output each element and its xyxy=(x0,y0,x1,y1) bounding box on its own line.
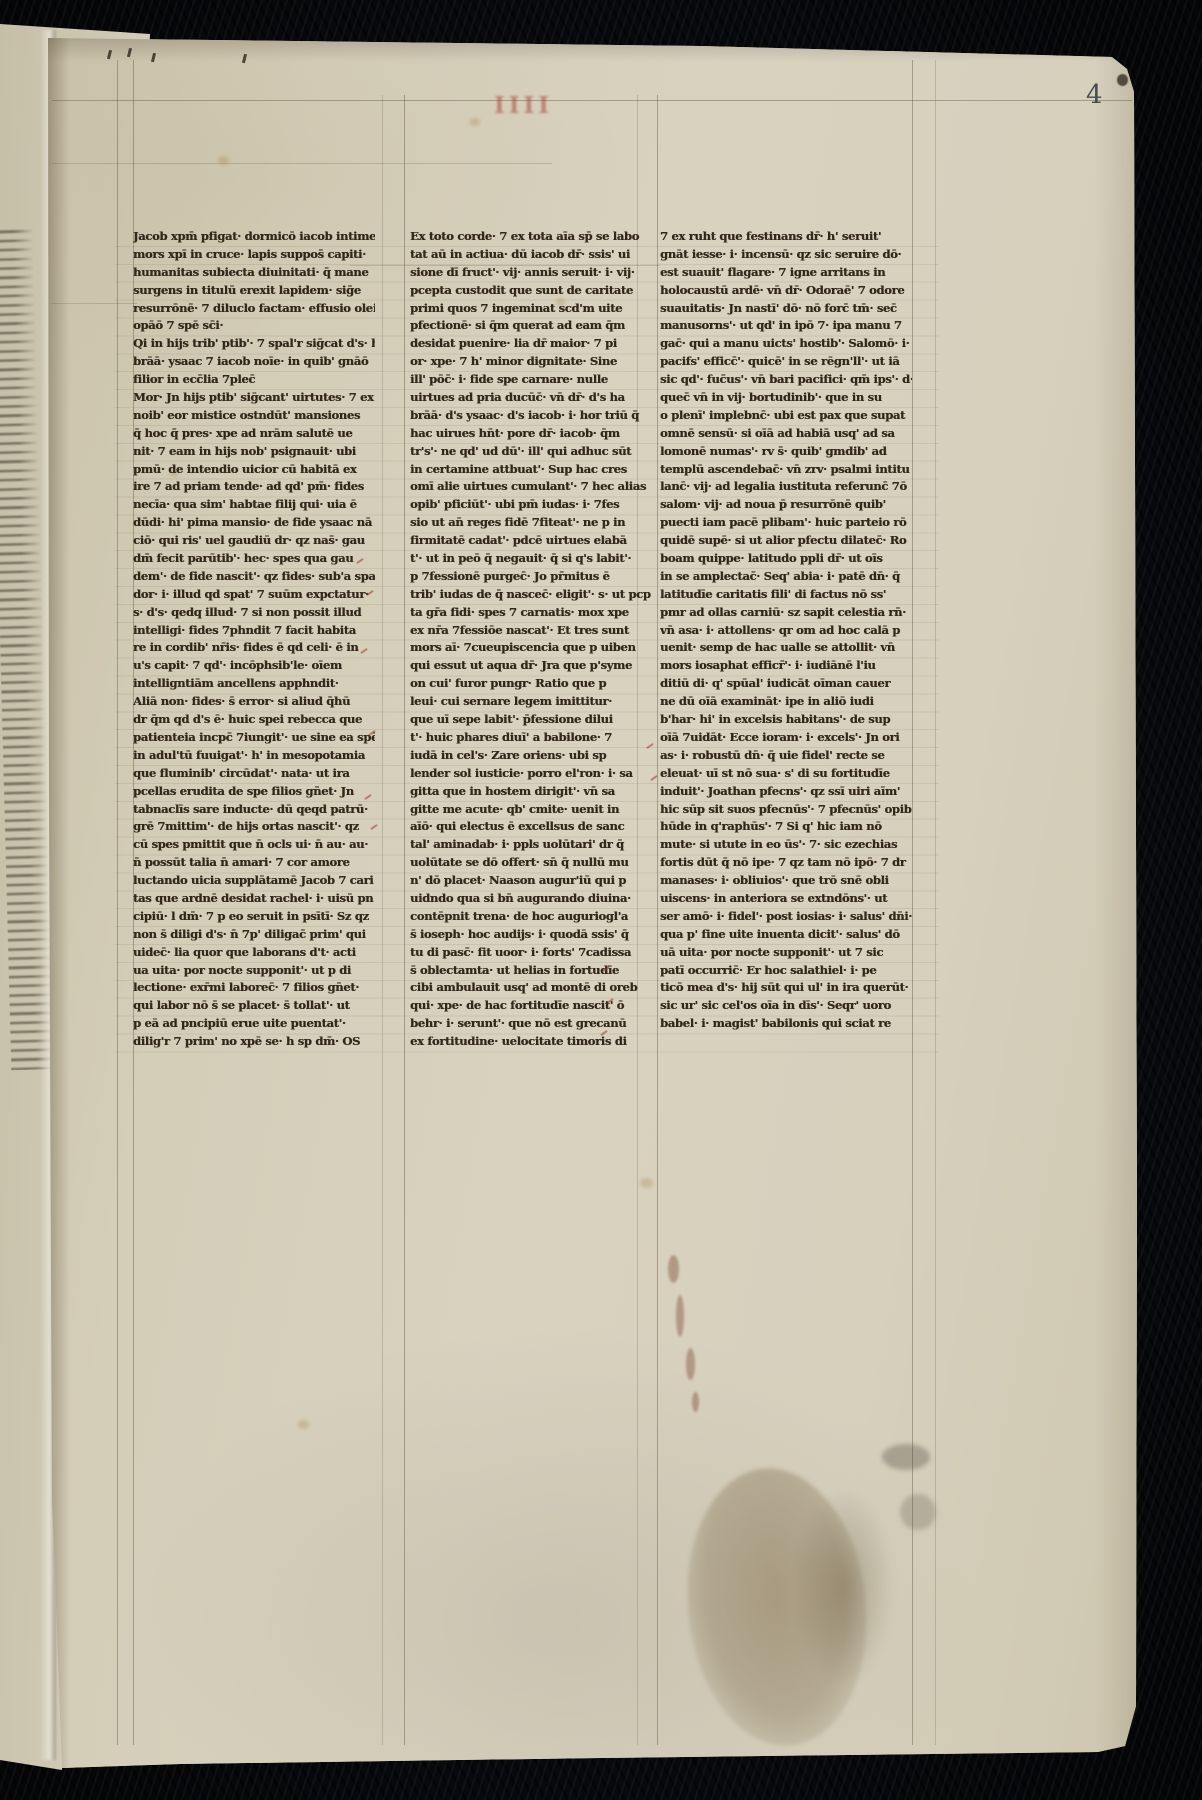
text-line: ditiū di· q' spūal' iudicāt oīman cauer xyxy=(660,675,912,693)
line-text: nit· 7 eam in hijs nob' psignauit· ubi xyxy=(133,443,356,461)
line-text: pmr ad ollas carniū· sz sapit celestia r… xyxy=(660,604,906,622)
text-line: patī occurric̄· Er hoc salathiel· i· pe xyxy=(660,962,912,980)
text-line: quidē supē· si ut alior pfectu dilatec̄·… xyxy=(660,532,912,550)
line-text: opib' pficiūt'· ubi pm̄ iudas· i· 7fes xyxy=(410,496,619,514)
line-text: dilig'r 7 prim' no xpē se· h sp dm̄· OS xyxy=(133,1033,360,1051)
line-text: sione dī fruct'· vij· annis seruit· i· v… xyxy=(410,264,634,282)
line-text: p eā ad pncipiū erue uite puentat'· xyxy=(133,1015,346,1033)
text-line: brāā· ysaac 7 iacob noīe· in quib' gnāō xyxy=(133,353,375,371)
line-text: mute· si utute in eo ūs'· 7· sic ezechia… xyxy=(660,836,897,854)
line-text: opāō 7 spē sc̄i· xyxy=(133,317,223,335)
text-line: ta gr̄a fidi· spes 7 carnatis· mox xpe xyxy=(410,604,652,622)
line-text: u's capit· 7 qd'· incōphsib'le· oīem xyxy=(133,657,342,675)
line-text: eleuat· uī st nō sua· s' di su fortitudī… xyxy=(660,765,890,783)
text-column-3: 7 ex ruht que festinans dr̄· h' seruit' … xyxy=(660,228,912,1058)
line-text: primi quos 7 ingeminat scd'm uite xyxy=(410,300,622,318)
line-text: omī alie uirtues cumulant'· 7 hec alias xyxy=(410,478,646,496)
text-line: qui essut ut aqua dr̄· Jra que p'syme xyxy=(410,657,652,675)
text-line: pmr ad ollas carniū· sz sapit celestia r… xyxy=(660,604,912,622)
text-line: t'· huic phares diuī' a babilone· 7 xyxy=(410,729,652,747)
text-line: b'har· hi' in excelsis habitans'· de sup xyxy=(660,711,912,729)
line-text: est suauit' flagare· 7 igne arritans in xyxy=(660,264,885,282)
line-text: lanc̄· vij· ad legalia iustituta referun… xyxy=(660,478,907,496)
drip-stain xyxy=(686,1348,695,1380)
text-line: ex fortitudine· uelocitate timoris di xyxy=(410,1033,652,1051)
text-line: behr· i· serunt'· que nō est grecanū xyxy=(410,1015,652,1033)
text-line: pacifs' efficc̄'· quicē' in se rēgn'll'·… xyxy=(660,353,912,371)
text-line: gitta que in hostem dirigit'· vn̄ sa xyxy=(410,783,652,801)
line-text: mors aī· 7cueupiscencia que p uiben xyxy=(410,639,636,657)
line-text: sic ur' sic cel'os oīa in dīs'· Seqr' uo… xyxy=(660,997,891,1015)
text-line: n' dō placet· Naason augur'iū qui p xyxy=(410,872,652,890)
text-line: hac uirues hn̄t· pore dr̄· iacob· q̄m xyxy=(410,425,652,443)
line-text: Jacob xpm̄ pfigat· dormicō iacob intime xyxy=(133,228,375,246)
ruling-line xyxy=(52,100,1132,101)
line-text: ua uita· por nocte supponit'· ut p di xyxy=(133,962,351,980)
line-text: Mor· Jn hijs ptib' siḡcant' uirtutes· 7 … xyxy=(133,389,374,407)
text-line: o plenī' implebnc̄· ubi est pax que supa… xyxy=(660,407,912,425)
text-line: que fluminib' circūdat'· nata· ut ira xyxy=(133,765,375,783)
line-text: patienteia incpc̄ 7iungit'· ue sine ea s… xyxy=(133,729,375,747)
text-line: t'· ut in peō q̄ negauit· q̄ si q's labi… xyxy=(410,550,652,568)
gutter-shadow xyxy=(48,36,118,1768)
text-line: surgens in titulū erexit lapidem· siḡe xyxy=(133,282,375,300)
text-line: s̄ ioseph· hoc audijs· i· quodā ssis' q̄ xyxy=(410,926,652,944)
text-line: qui labor nō s̄ se placet· s̄ tollat'· u… xyxy=(133,997,375,1015)
line-text: uiscens· in anteriora se extndōns'· ut xyxy=(660,890,887,908)
text-line: omnē sensū· si oīā ad habiā usq' ad sa xyxy=(660,425,912,443)
text-line: holocaustū ardē· vn̄ dr̄· Odoraē' 7 odor… xyxy=(660,282,912,300)
text-line: mors xpī in cruce· lapis suppos̄ capiti· xyxy=(133,246,375,264)
text-line: opāō 7 spē sc̄i· xyxy=(133,317,375,335)
text-line: uā uita· por nocte supponit'· ut 7 sic xyxy=(660,944,912,962)
text-line: gac̄· qui a manu uicts' hostib'· Salomō·… xyxy=(660,335,912,353)
text-line: uiscens· in anteriora se extndōns'· ut xyxy=(660,890,912,908)
line-text: or· xpe· 7 h' minor dignitate· Sine xyxy=(410,353,617,371)
line-text: uirtues ad pria ducūc̄· vn̄ dr̄· d's ha xyxy=(410,389,625,407)
line-text: desidat puenire· lia dr̄ maior· 7 pi xyxy=(410,335,617,353)
line-text: dor· i· illud qd spat' 7 suūm expctatur· xyxy=(133,586,369,604)
line-text: tu di pasc̄· fit uoor· i· forts' 7cadiss… xyxy=(410,944,631,962)
line-text: lender sol iusticie· porro el'ron· i· sa xyxy=(410,765,633,783)
line-text: templū ascendebac̄· vn̄ zrv· psalmi inti… xyxy=(660,461,909,479)
text-line: lender sol iusticie· porro el'ron· i· sa xyxy=(410,765,652,783)
line-text: iudā in cel's· Zare oriens· ubi sp xyxy=(410,747,606,765)
line-text: dr q̄m qd d's ē· huic spei rebecca que xyxy=(133,711,362,729)
line-text: tr's'· ne qd' ud dū'· ill' qui adhuc sūt xyxy=(410,443,631,461)
line-text: cipiū· l dm̄· 7 p eo seruit in psītī· Sz… xyxy=(133,908,369,926)
text-line: CMor· Jn hijs ptib' siḡcant' uirtutes· 7… xyxy=(133,389,375,407)
line-text: sic qd'· fuc̄us'· vn̄ bari pacifici· qm̄… xyxy=(660,371,912,389)
line-text: uidndo qua si bn̄ augurando diuina· xyxy=(410,890,631,908)
text-line: dr q̄m qd d's ē· huic spei rebecca que xyxy=(133,711,375,729)
text-line: on cui' furor pungr· Ratio que p xyxy=(410,675,652,693)
line-text: mors xpī in cruce· lapis suppos̄ capiti· xyxy=(133,246,366,264)
line-text: s· d's· qedq illud· 7 si non possit illu… xyxy=(133,604,361,622)
line-text: n̄ possūt talia n̄ amari· 7 cor amore xyxy=(133,854,350,872)
text-line: ticō mea d's· hij sūt qui ul' in ira que… xyxy=(660,979,912,997)
text-line: cū spes pmittit que n̄ ocls ui· n̄ au· a… xyxy=(133,836,375,854)
text-line: luctando uicia supplātamē Jacob 7 cari xyxy=(133,872,375,890)
line-text: que fluminib' circūdat'· nata· ut ira xyxy=(133,765,349,783)
text-line: induit'· Joathan pfecns'· qz ssī uiri aī… xyxy=(660,783,912,801)
text-line: gnāt iesse· i· incensū· qz sic seruire d… xyxy=(660,246,912,264)
line-text: patī occurric̄· Er hoc salathiel· i· pe xyxy=(660,962,876,980)
text-line: u's capit· 7 qd'· incōphsib'le· oīem xyxy=(133,657,375,675)
text-line: dm̄ fecit parūtib'· hec· spes qua gau xyxy=(133,550,375,568)
text-line: vn̄ asa· i· attollens· qr om ad hoc calā… xyxy=(660,622,912,640)
text-line: lomonē numas'· rv s̄· quib' gmdib' ad xyxy=(660,443,912,461)
line-text: uā uita· por nocte supponit'· ut 7 sic xyxy=(660,944,883,962)
line-text: boam quippe· latitudo ppli dr̄· ut oīs xyxy=(660,550,882,568)
line-text: induit'· Joathan pfecns'· qz ssī uiri aī… xyxy=(660,783,900,801)
text-line: qui· xpe· de hac fortitudīe nascit' ō xyxy=(410,997,652,1015)
line-text: grē 7mittim'· de hijs ortas nascit'· qz xyxy=(133,818,359,836)
text-line: mors aī· 7cueupiscencia que p uiben xyxy=(410,639,652,657)
line-text: suauitatis· Jn nastī' dō· nō forc̄ tm̄· … xyxy=(660,300,897,318)
text-line: resurrōnē· 7 diluclo factam· effusio ole… xyxy=(133,300,375,318)
text-line: intelligi· fides 7phndit 7 facit habita xyxy=(133,622,375,640)
text-line: oīā 7uidāt· Ecce ioram· i· excels'· Jn o… xyxy=(660,729,912,747)
text-line: pcepta custodit que sunt de caritate xyxy=(410,282,652,300)
line-text: dem'· de fide nascit'· qz fides· sub'a s… xyxy=(133,568,375,586)
line-text: brāā· d's ysaac· d's iacob· i· hor triū … xyxy=(410,407,639,425)
line-text: Aliā non· fides· s̄ error· si aliud q̄hū xyxy=(133,693,350,711)
text-line: necīa· qua sim' habtae filij qui· uia ē xyxy=(133,496,375,514)
line-text: ne dū oīā examināt· ipe in aliō iudi xyxy=(660,693,874,711)
text-line: que uī sepe labit'· p̄fessione dilui xyxy=(410,711,652,729)
text-line: in se amplectac̄· Seq' abia· i· patē dn̄… xyxy=(660,568,912,586)
line-text: quidē supē· si ut alior pfectu dilatec̄·… xyxy=(660,532,906,550)
line-text: manases· i· obliuios'· que trō snē obli xyxy=(660,872,889,890)
line-text: gitte me acute· qb' cmite· uenit in xyxy=(410,801,619,819)
text-line: uidndo qua si bn̄ augurando diuina· xyxy=(410,890,652,908)
text-line: humanitas subiecta diuinitati· q̄ mane xyxy=(133,264,375,282)
text-line: iudā in cel's· Zare oriens· ubi sp xyxy=(410,747,652,765)
text-line: as· i· robustū dn̄· q̄ uie fidel' recte … xyxy=(660,747,912,765)
line-text: qui· xpe· de hac fortitudīe nascit' ō xyxy=(410,997,624,1015)
text-line: mute· si utute in eo ūs'· 7· sic ezechia… xyxy=(660,836,912,854)
text-line: leui· cui sernare legem imittitur· xyxy=(410,693,652,711)
smudge xyxy=(882,1444,930,1470)
line-text: dūdi· hi' pima mansio· de fide ysaac nā xyxy=(133,514,372,532)
text-line: manusorns'· ut qd' in ipō 7· ipa manu 7 xyxy=(660,317,912,335)
text-line: intelligntiām ancellens apphndit· xyxy=(133,675,375,693)
line-text: qui essut ut aqua dr̄· Jra que p'syme xyxy=(410,657,632,675)
text-line: sic ur' sic cel'os oīa in dīs'· Seqr' uo… xyxy=(660,997,912,1015)
line-text: puecti iam pacē plibam'· huic parteio rō xyxy=(660,514,906,532)
text-line: pmū· de intendio uicior cū habitā ex xyxy=(133,461,375,479)
line-text: on cui' furor pungr· Ratio que p xyxy=(410,675,606,693)
text-line: contēpnit trena· de hoc auguriogl'a xyxy=(410,908,652,926)
line-text: leui· cui sernare legem imittitur· xyxy=(410,693,612,711)
line-text: gnāt iesse· i· incensū· qz sic seruire d… xyxy=(660,246,901,264)
text-line: omī alie uirtues cumulant'· 7 hec alias xyxy=(410,478,652,496)
line-text: salom· vij· ad noua p̄ resurrōnē quib' xyxy=(660,496,886,514)
line-text: s̄ ioseph· hoc audijs· i· quodā ssis' q̄ xyxy=(410,926,629,944)
line-text: hūde in q'raphūs'· 7 Si q' hic iam nō xyxy=(660,818,882,836)
line-text: oīā 7uidāt· Ecce ioram· i· excels'· Jn o… xyxy=(660,729,899,747)
line-text: sio ut an̄ reges fidē 7fiteat'· ne p in xyxy=(410,514,625,532)
line-text: babel· i· magist' babilonis qui sciat re xyxy=(660,1015,891,1033)
running-title: IIII xyxy=(494,92,553,119)
text-line: eleuat· uī st nō sua· s' di su fortitudī… xyxy=(660,765,912,783)
folio-number: 4 xyxy=(1086,80,1103,110)
text-line: or· xpe· 7 h' minor dignitate· Sine xyxy=(410,353,652,371)
line-text: cibi ambulauit usq' ad montē di oreb xyxy=(410,979,637,997)
line-text: surgens in titulū erexit lapidem· siḡe xyxy=(133,282,361,300)
line-text: vn̄ asa· i· attollens· qr om ad hoc calā… xyxy=(660,622,900,640)
line-text: hac uirues hn̄t· pore dr̄· iacob· q̄m xyxy=(410,425,620,443)
text-line: hūde in q'raphūs'· 7 Si q' hic iam nō xyxy=(660,818,912,836)
line-text: manusorns'· ut qd' in ipō 7· ipa manu 7 xyxy=(660,317,902,335)
text-line: p 7fessionē purgec̄· Jo pr̄mitus ē xyxy=(410,568,652,586)
text-line: desidat puenire· lia dr̄ maior· 7 pi xyxy=(410,335,652,353)
line-text: necīa· qua sim' habtae filij qui· uia ē xyxy=(133,496,357,514)
line-text: s̄ oblectamta· ut helias in fortudīe xyxy=(410,962,619,980)
corner-spot xyxy=(1117,74,1128,86)
text-line: Ex toto corde· 7 ex tota aīa sp̄ se labo xyxy=(410,228,652,246)
line-text: t'· huic phares diuī' a babilone· 7 xyxy=(410,729,612,747)
line-text: ire 7 ad priam tende· ad qd' pm̄· fides xyxy=(133,478,364,496)
text-line: trib' iudas de q̄ nascec̄· eligit'· s· u… xyxy=(410,586,652,604)
line-text: ex nr̄a 7fessiōe nascat'· Et tres sunt xyxy=(410,622,629,640)
text-line: latitudīe caritatis fili' di factus nō s… xyxy=(660,586,912,604)
line-text: ciō· qui ris' uel gaudiū dr· qz nas̄· ga… xyxy=(133,532,365,550)
text-line: opib' pficiūt'· ubi pm̄ iudas· i· 7fes xyxy=(410,496,652,514)
text-line: quec̄ vn̄ in vij· bortudinib'· que in su xyxy=(660,389,912,407)
text-line: sione dī fruct'· vij· annis seruit· i· v… xyxy=(410,264,652,282)
ruling-line xyxy=(52,163,552,164)
text-line: firmitatē cadat'· pdcē uirtues elabā xyxy=(410,532,652,550)
line-text: re in cordib' nr̄is· fides ē qd celi· ē … xyxy=(133,639,358,657)
text-line: pcellas erudita de spe filios gn̄et· Jn xyxy=(133,783,375,801)
text-line: 7 ex ruht que festinans dr̄· h' seruit' xyxy=(660,228,912,246)
line-text: in se amplectac̄· Seq' abia· i· patē dn̄… xyxy=(660,568,900,586)
text-line: brāā· d's ysaac· d's iacob· i· hor triū … xyxy=(410,407,652,425)
drip-stain xyxy=(676,1295,684,1337)
line-text: ticō mea d's· hij sūt qui ul' in ira que… xyxy=(660,979,908,997)
text-line: Aliā non· fides· s̄ error· si aliud q̄hū xyxy=(133,693,375,711)
text-line: tabnaclīs sare inducte· dū qeqd patrū· xyxy=(133,801,375,819)
line-text: t'· ut in peō q̄ negauit· q̄ si q's labi… xyxy=(410,550,631,568)
line-text: intelligntiām ancellens apphndit· xyxy=(133,675,338,693)
text-line: tas que ardnē desidat rachel· i· uisū pn xyxy=(133,890,375,908)
line-text: n' dō placet· Naason augur'iū qui p xyxy=(410,872,626,890)
text-line: dor· i· illud qd spat' 7 suūm expctatur· xyxy=(133,586,375,604)
text-line: filior in ecc̄lia 7plec̄ xyxy=(133,371,375,389)
text-line: pfectionē· si q̄m querat ad eam q̄m xyxy=(410,317,652,335)
text-line: manases· i· obliuios'· que trō snē obli xyxy=(660,872,912,890)
line-text: tabnaclīs sare inducte· dū qeqd patrū· xyxy=(133,801,368,819)
line-text: uolūtate se dō offert· sn̄ q̄ nullū mu xyxy=(410,854,628,872)
manuscript-photo: { "page": { "folio_number": "4", "runnin… xyxy=(0,0,1202,1800)
text-line: noib' eor mistice ostndūt' mansiones xyxy=(133,407,375,425)
line-text: in certamine attbuat'· Sup hac cres xyxy=(410,461,627,479)
text-line: mors iosaphat efficr̄'· i· iudiānē l'iu xyxy=(660,657,912,675)
line-text: b'har· hi' in excelsis habitans'· de sup xyxy=(660,711,890,729)
text-line: tu di pasc̄· fit uoor· i· forts' 7cadiss… xyxy=(410,944,652,962)
large-stain-edge xyxy=(796,1492,892,1682)
text-line: CQi in hijs trib' ptib'· 7 spal'r siḡcat… xyxy=(133,335,375,353)
text-line: ne dū oīā examināt· ipe in aliō iudi xyxy=(660,693,912,711)
line-text: brāā· ysaac 7 iacob noīe· in quib' gnāō xyxy=(133,353,368,371)
line-text: ser amō· i· fidel'· post iosias· i· salu… xyxy=(660,908,912,926)
text-line: tr's'· ne qd' ud dū'· ill' qui adhuc sūt xyxy=(410,443,652,461)
text-line: ciō· qui ris' uel gaudiū dr· qz nas̄· ga… xyxy=(133,532,375,550)
foxing-spot xyxy=(218,156,229,165)
foxing-spot xyxy=(470,118,480,126)
text-line: in certamine attbuat'· Sup hac cres xyxy=(410,461,652,479)
drip-stain xyxy=(668,1255,679,1283)
text-line: ser amō· i· fidel'· post iosias· i· salu… xyxy=(660,908,912,926)
text-line: lanc̄· vij· ad legalia iustituta referun… xyxy=(660,478,912,496)
text-line: templū ascendebac̄· vn̄ zrv· psalmi inti… xyxy=(660,461,912,479)
text-line: puecti iam pacē plibam'· huic parteio rō xyxy=(660,514,912,532)
text-line: ua uita· por nocte supponit'· ut p di xyxy=(133,962,375,980)
text-line: non s̄ diligi d's· n̄ 7p' diligac̄ prim'… xyxy=(133,926,375,944)
line-text: pcellas erudita de spe filios gn̄et· Jn xyxy=(133,783,354,801)
foxing-spot xyxy=(298,1420,309,1429)
text-line: dūdi· hi' pima mansio· de fide ysaac nā xyxy=(133,514,375,532)
text-line: uenit· semp de hac ualle se attollit· vn… xyxy=(660,639,912,657)
text-line: uidec̄· lia quor que laborans d't· acti xyxy=(133,944,375,962)
top-edge-shadow xyxy=(48,36,1138,62)
text-line: est suauit' flagare· 7 igne arritans in xyxy=(660,264,912,282)
text-line: patienteia incpc̄ 7iungit'· ue sine ea s… xyxy=(133,729,375,747)
line-text: que uī sepe labit'· p̄fessione dilui xyxy=(410,711,613,729)
line-text: quec̄ vn̄ in vij· bortudinib'· que in su xyxy=(660,389,882,407)
line-text: non s̄ diligi d's· n̄ 7p' diligac̄ prim'… xyxy=(133,926,366,944)
text-line: CJacob xpm̄ pfigat· dormicō iacob intime xyxy=(133,228,375,246)
text-line: qua p' fine uite inuenta dicit'· salus' … xyxy=(660,926,912,944)
smudge xyxy=(900,1494,936,1530)
text-line: nit· 7 eam in hijs nob' psignauit· ubi xyxy=(133,443,375,461)
line-text: dm̄ fecit parūtib'· hec· spes qua gau xyxy=(133,550,353,568)
line-text: latitudīe caritatis fili' di factus nō s… xyxy=(660,586,886,604)
manuscript-page: IIII 4 CJacob xpm̄ pfigat· dormicō iacob… xyxy=(0,0,1202,1800)
text-line: grē 7mittim'· de hijs ortas nascit'· qz xyxy=(133,818,375,836)
line-text: resurrōnē· 7 diluclo factam· effusio ole… xyxy=(133,300,375,318)
line-text: pmū· de intendio uicior cū habitā ex xyxy=(133,461,356,479)
line-text: Ex toto corde· 7 ex tota aīa sp̄ se labo xyxy=(410,228,639,246)
line-text: Qi in hijs trib' ptib'· 7 spal'r siḡcat … xyxy=(133,335,375,353)
line-text: in adul'tū fuuigat'· h' in mesopotamia xyxy=(133,747,365,765)
text-line: lectione· exr̄mi laborec̄· 7 filios gn̄e… xyxy=(133,979,375,997)
line-text: tas que ardnē desidat rachel· i· uisū pn xyxy=(133,890,373,908)
text-line: uolūtate se dō offert· sn̄ q̄ nullū mu xyxy=(410,854,652,872)
foxing-spot xyxy=(640,1178,653,1188)
line-text: filior in ecc̄lia 7plec̄ xyxy=(133,371,255,389)
text-line: hic sūp sit suos pfecnūs'· 7 pfecnūs' op… xyxy=(660,801,912,819)
line-text: intelligi· fides 7phndit 7 facit habita xyxy=(133,622,356,640)
line-text: ta gr̄a fidi· spes 7 carnatis· mox xpe xyxy=(410,604,629,622)
line-text: o plenī' implebnc̄· ubi est pax que supa… xyxy=(660,407,905,425)
line-text: pcepta custodit que sunt de caritate xyxy=(410,282,633,300)
text-line: re in cordib' nr̄is· fides ē qd celi· ē … xyxy=(133,639,375,657)
line-text: firmitatē cadat'· pdcē uirtues elabā xyxy=(410,532,627,550)
text-line: q̄ hoc q̄ pres· xpe ad nrām salutē ue xyxy=(133,425,375,443)
text-line: babel· i· magist' babilonis qui sciat re xyxy=(660,1015,912,1033)
line-text: pfectionē· si q̄m querat ad eam q̄m xyxy=(410,317,625,335)
text-line: tat aū in actiua· dū iacob dr̄· ssis' ui xyxy=(410,246,652,264)
line-text: tat aū in actiua· dū iacob dr̄· ssis' ui xyxy=(410,246,630,264)
text-line: sio ut an̄ reges fidē 7fiteat'· ne p in xyxy=(410,514,652,532)
line-text: omnē sensū· si oīā ad habiā usq' ad sa xyxy=(660,425,895,443)
text-line: suauitatis· Jn nastī' dō· nō forc̄ tm̄· … xyxy=(660,300,912,318)
line-text: pacifs' efficc̄'· quicē' in se rēgn'll'·… xyxy=(660,353,899,371)
text-column-1: CJacob xpm̄ pfigat· dormicō iacob intime… xyxy=(133,228,375,1058)
line-text: behr· i· serunt'· que nō est grecanū xyxy=(410,1015,626,1033)
text-line: dilig'r 7 prim' no xpē se· h sp dm̄· OS xyxy=(133,1033,375,1051)
line-text: cū spes pmittit que n̄ ocls ui· n̄ au· a… xyxy=(133,836,368,854)
drip-stain xyxy=(692,1392,699,1412)
line-text: ex fortitudine· uelocitate timoris di xyxy=(410,1033,627,1051)
line-text: uenit· semp de hac ualle se attollit· vn… xyxy=(660,639,895,657)
text-line: aīō· qui electus ē excellsus de sanc xyxy=(410,818,652,836)
line-text: qua p' fine uite inuenta dicit'· salus' … xyxy=(660,926,900,944)
line-text: mors iosaphat efficr̄'· i· iudiānē l'iu xyxy=(660,657,876,675)
text-line: tal' aminadab· i· ppls uolūtari' dr q̄ xyxy=(410,836,652,854)
line-text: lectione· exr̄mi laborec̄· 7 filios gn̄e… xyxy=(133,979,359,997)
text-line: sic qd'· fuc̄us'· vn̄ bari pacifici· qm̄… xyxy=(660,371,912,389)
text-line: cibi ambulauit usq' ad montē di oreb xyxy=(410,979,652,997)
line-text: gac̄· qui a manu uicts' hostib'· Salomō·… xyxy=(660,335,909,353)
text-line: primi quos 7 ingeminat scd'm uite xyxy=(410,300,652,318)
text-line: boam quippe· latitudo ppli dr̄· ut oīs xyxy=(660,550,912,568)
line-text: uidec̄· lia quor que laborans d't· acti xyxy=(133,944,356,962)
line-text: qui labor nō s̄ se placet· s̄ tollat'· u… xyxy=(133,997,350,1015)
text-line: s̄ oblectamta· ut helias in fortudīe xyxy=(410,962,652,980)
line-text: contēpnit trena· de hoc auguriogl'a xyxy=(410,908,628,926)
text-line: ire 7 ad priam tende· ad qd' pm̄· fides xyxy=(133,478,375,496)
text-line: uirtues ad pria ducūc̄· vn̄ dr̄· d's ha xyxy=(410,389,652,407)
text-line: fortis dūt q̄ nō ipe· 7 qz tam nō ipō· 7… xyxy=(660,854,912,872)
text-line: p eā ad pncipiū erue uite puentat'· xyxy=(133,1015,375,1033)
text-line: cipiū· l dm̄· 7 p eo seruit in psītī· Sz… xyxy=(133,908,375,926)
line-text: ill' pōc̄· i· fide spe carnare· nulle xyxy=(410,371,608,389)
text-line: ill' pōc̄· i· fide spe carnare· nulle xyxy=(410,371,652,389)
text-column-2: Ex toto corde· 7 ex tota aīa sp̄ se labo… xyxy=(410,228,652,1058)
line-text: as· i· robustū dn̄· q̄ uie fidel' recte … xyxy=(660,747,884,765)
line-text: lomonē numas'· rv s̄· quib' gmdib' ad xyxy=(660,443,886,461)
line-text: q̄ hoc q̄ pres· xpe ad nrām salutē ue xyxy=(133,425,352,443)
line-text: trib' iudas de q̄ nascec̄· eligit'· s· u… xyxy=(410,586,651,604)
line-text: hic sūp sit suos pfecnūs'· 7 pfecnūs' op… xyxy=(660,801,912,819)
text-line: salom· vij· ad noua p̄ resurrōnē quib' xyxy=(660,496,912,514)
line-text: ditiū di· q' spūal' iudicāt oīman cauer xyxy=(660,675,890,693)
line-text: 7 ex ruht que festinans dr̄· h' seruit' xyxy=(660,228,881,246)
right-edge-shadow xyxy=(1095,50,1140,1760)
line-text: luctando uicia supplātamē Jacob 7 cari xyxy=(133,872,373,890)
line-text: aīō· qui electus ē excellsus de sanc xyxy=(410,818,624,836)
text-line: s· d's· qedq illud· 7 si non possit illu… xyxy=(133,604,375,622)
line-text: noib' eor mistice ostndūt' mansiones xyxy=(133,407,360,425)
line-text: holocaustū ardē· vn̄ dr̄· Odoraē' 7 odor… xyxy=(660,282,904,300)
text-line: dem'· de fide nascit'· qz fides· sub'a s… xyxy=(133,568,375,586)
line-text: fortis dūt q̄ nō ipe· 7 qz tam nō ipō· 7… xyxy=(660,854,906,872)
text-line: in adul'tū fuuigat'· h' in mesopotamia xyxy=(133,747,375,765)
line-text: p 7fessionē purgec̄· Jo pr̄mitus ē xyxy=(410,568,610,586)
line-text: tal' aminadab· i· ppls uolūtari' dr q̄ xyxy=(410,836,624,854)
text-line: ex nr̄a 7fessiōe nascat'· Et tres sunt xyxy=(410,622,652,640)
text-line: gitte me acute· qb' cmite· uenit in xyxy=(410,801,652,819)
text-line: n̄ possūt talia n̄ amari· 7 cor amore xyxy=(133,854,375,872)
line-text: humanitas subiecta diuinitati· q̄ mane xyxy=(133,264,368,282)
line-text: gitta que in hostem dirigit'· vn̄ sa xyxy=(410,783,615,801)
